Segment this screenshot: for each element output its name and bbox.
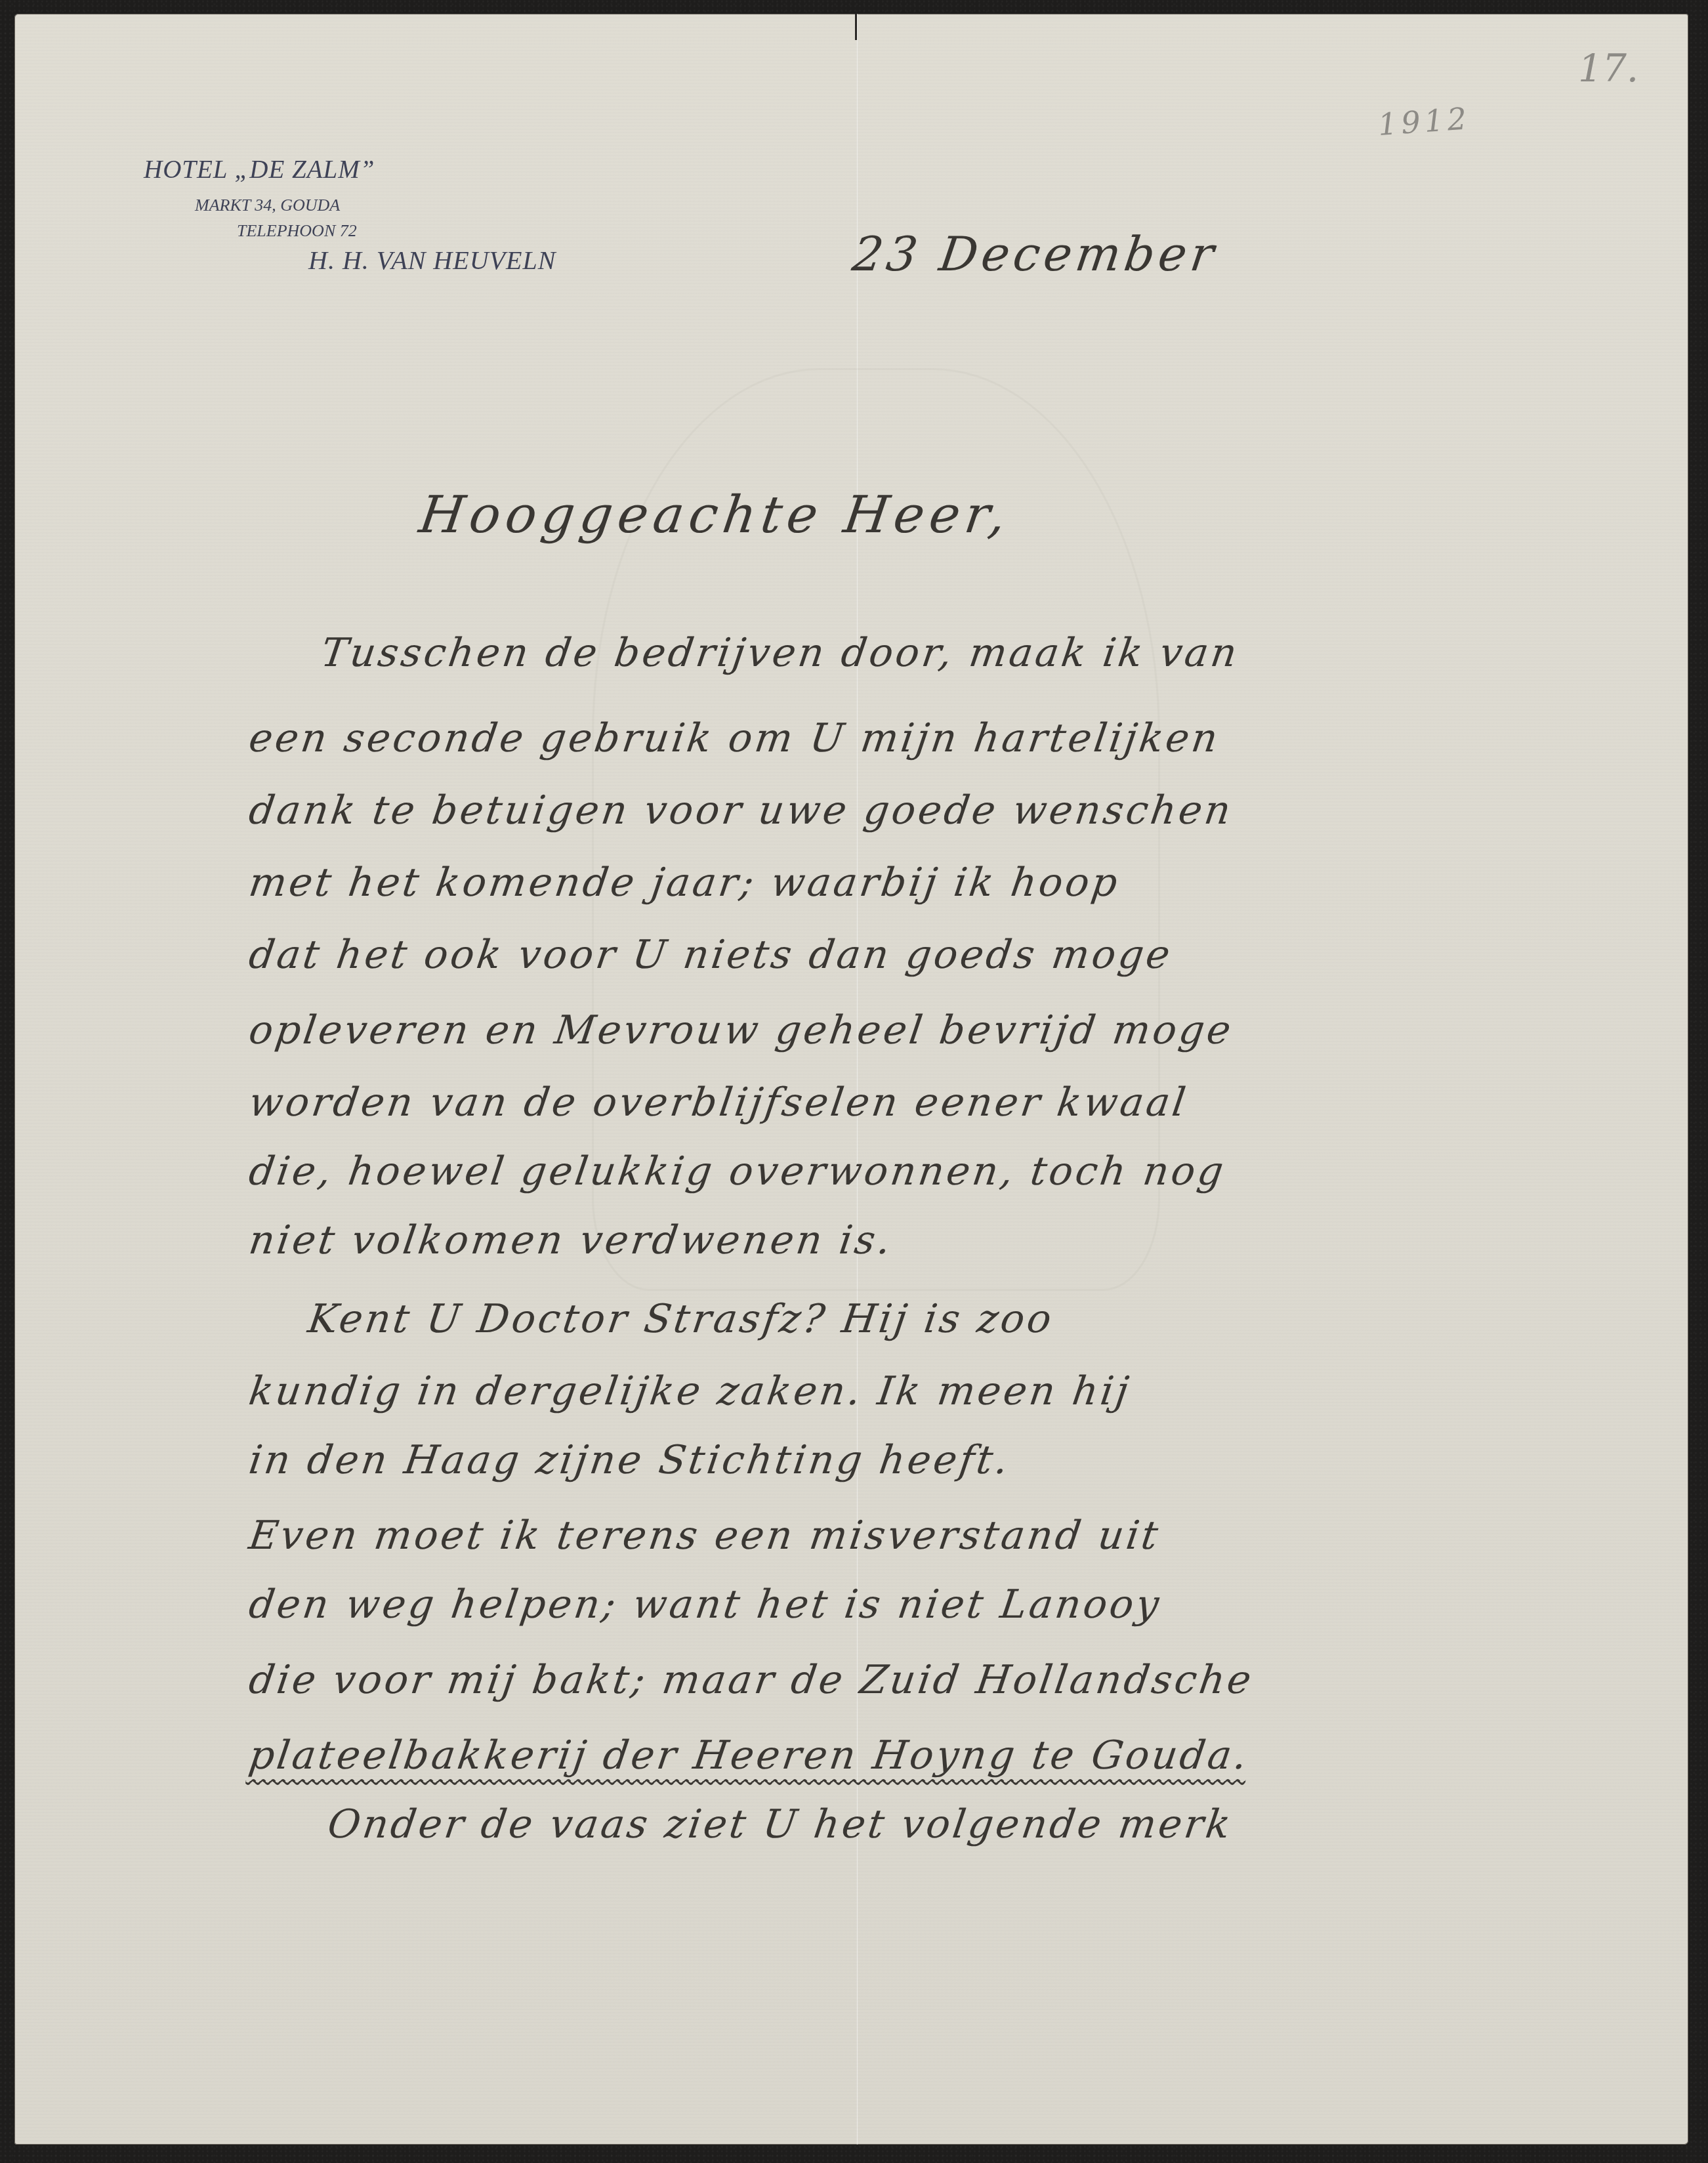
body-line: Onder de vaas ziet U het volgende merk	[325, 1801, 1236, 1847]
body-line: Kent U Doctor Strasfz? Hij is zoo	[305, 1296, 1056, 1342]
body-line: die, hoewel gelukkig overwonnen, toch no…	[246, 1148, 1229, 1194]
body-line: kundig in dergelijke zaken. Ik meen hij	[246, 1368, 1134, 1414]
body-line-underlined: plateelbakkerij der Heeren Hoyng te Goud…	[246, 1732, 1252, 1778]
body-line: Tusschen de bedrijven door, maak ik van	[318, 630, 1242, 676]
body-line: Even moet ik terens een misverstand uit	[246, 1513, 1163, 1559]
body-line: in den Haag zijne Stichting heeft.	[246, 1437, 1013, 1483]
hotel-name: HOTEL „DE ZALM”	[144, 155, 375, 184]
body-line: met het komende jaar; waarbij ik hoop	[246, 860, 1123, 906]
body-line: den weg helpen; want het is niet Lanooy	[246, 1582, 1164, 1627]
body-line-underlined: die voor mij bakt; maar de Zuid Hollands…	[246, 1657, 1257, 1703]
salutation: Hooggeachte Heer,	[416, 486, 1015, 545]
body-line-text: die voor mij bakt; maar de Zuid Hollands…	[246, 1657, 1257, 1703]
paper-tear	[855, 14, 861, 40]
hotel-telephone: TELEPHOON 72	[237, 221, 357, 241]
letter-date: 23 December	[849, 226, 1221, 282]
body-line: dat het ook voor U niets dan goeds moge	[246, 932, 1175, 978]
archival-page-number: 17.	[1578, 46, 1638, 91]
body-line: een seconde gebruik om U mijn hartelijke…	[246, 715, 1223, 761]
hotel-address: MARKT 34, GOUDA	[195, 196, 340, 215]
archival-year-note: 1912	[1377, 100, 1472, 142]
body-line: dank te betuigen voor uwe goede wenschen	[246, 787, 1236, 833]
hotel-owner: H. H. VAN HEUVELN	[308, 245, 556, 276]
body-line: niet volkomen verdwenen is.	[246, 1217, 896, 1263]
body-line: worden van de overblijfselen eener kwaal	[246, 1080, 1191, 1125]
body-line: opleveren en Mevrouw geheel bevrijd moge	[246, 1007, 1236, 1053]
